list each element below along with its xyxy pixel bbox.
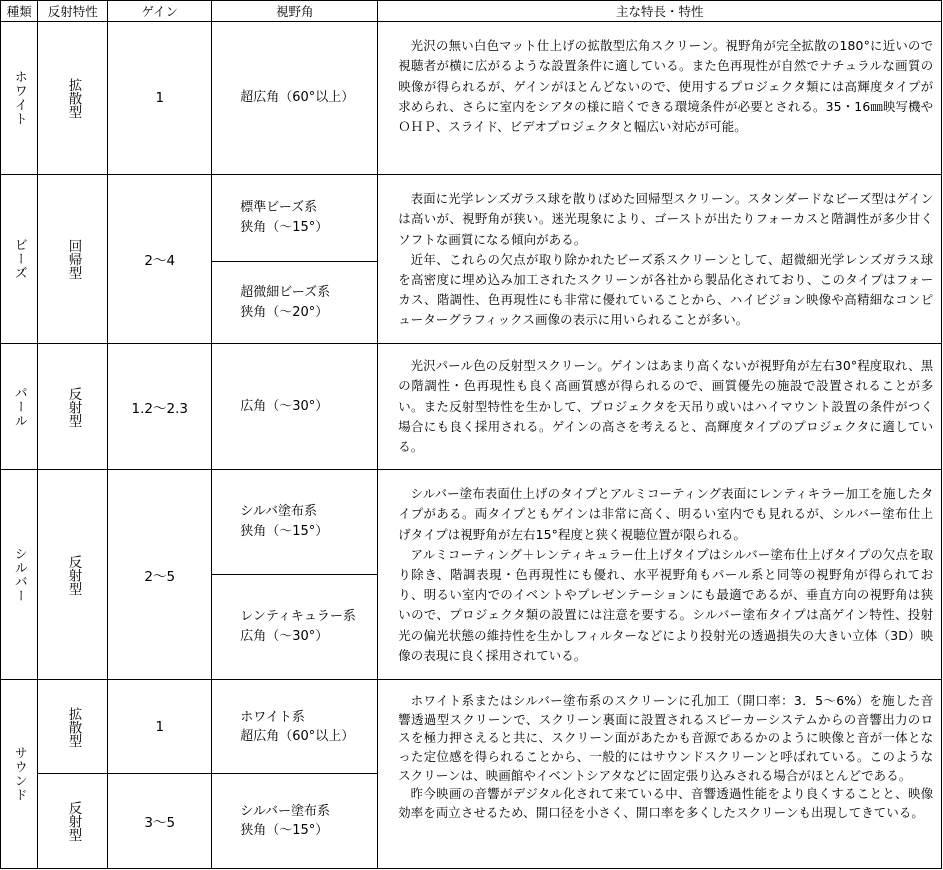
angle-line2: 超広角（60°以上） xyxy=(240,727,354,746)
angle-cell: 広角（〜30°） xyxy=(211,343,378,470)
reflection-label: 回帰型 xyxy=(66,239,80,280)
angle-line1: レンティキュラー系 xyxy=(240,607,356,627)
header-type-label: 種類 xyxy=(7,2,32,20)
reflection-label: 反射型 xyxy=(66,801,80,842)
angle-cell: レンティキュラー系広角（〜30°） xyxy=(211,574,378,680)
reflection-label: 反射型 xyxy=(66,555,80,596)
type-cell-sound: サウンド xyxy=(0,679,38,869)
gain-value: 1.2〜2.3 xyxy=(132,397,188,417)
reflection-cell: 反射型 xyxy=(37,773,108,869)
reflection-cell: 拡散型 xyxy=(37,679,108,774)
features-paragraph: 近年、これらの欠点が取り除かれたビーズ系スクリーンとして、超微細光学レンズガラス… xyxy=(398,250,933,331)
features-paragraph: シルバー塗布表面仕上げのタイプとアルミコーティング表面にレンティキラー加工を施し… xyxy=(398,484,933,545)
header-view-angle: 視野角 xyxy=(211,0,378,22)
reflection-label: 反射型 xyxy=(66,387,80,428)
reflection-cell: 回帰型 xyxy=(37,174,108,344)
angle-line1: シルバー塗布系 xyxy=(240,802,330,821)
features-cell: 表面に光学レンズガラス球を散りばめた回帰型スクリーン。スタンダードなビーズ型はゲ… xyxy=(377,174,942,344)
reflection-label: 拡散型 xyxy=(66,78,80,119)
angle-line2: 広角（〜30°） xyxy=(240,627,356,647)
header-reflection-label: 反射特性 xyxy=(48,2,98,20)
features-paragraph: ホワイト系またはシルバー塗布系のスクリーンに孔加工（開口率：3．5〜6%）を施し… xyxy=(398,692,933,785)
angle-line1: 広角（〜30°） xyxy=(240,397,328,417)
type-cell-white: ホワイト xyxy=(0,21,38,175)
features-paragraph: 昨今映画の音響がデジタル化されて来ている中、音響透過性能をより良くすることと、映… xyxy=(398,785,933,822)
features-paragraph: アルミコーティング＋レンティキュラー仕上げタイプはシルバー塗布仕上げタイプの欠点… xyxy=(398,545,933,666)
type-label: パール xyxy=(13,386,26,428)
angle-line1: 超広角（60°以上） xyxy=(240,88,354,108)
features-paragraph: 表面に光学レンズガラス球を散りばめた回帰型スクリーン。スタンダードなビーズ型はゲ… xyxy=(398,189,933,250)
gain-cell: 2〜5 xyxy=(107,469,212,680)
angle-cell: シルバ塗布系狭角（〜15°） xyxy=(211,469,378,575)
screen-types-table: 種類 反射特性 ゲイン 視野角 主な特長・特性 ホワイト 拡散型 1 超広角（6… xyxy=(0,0,943,870)
header-gain: ゲイン xyxy=(107,0,212,22)
reflection-cell: 反射型 xyxy=(37,469,108,680)
gain-cell: 1.2〜2.3 xyxy=(107,343,212,470)
features-paragraph: 光沢パール色の反射型スクリーン。ゲインはあまり高くないが視野角が左右30°程度取… xyxy=(398,356,933,457)
reflection-cell: 拡散型 xyxy=(37,21,108,175)
features-cell: シルバー塗布表面仕上げのタイプとアルミコーティング表面にレンティキラー加工を施し… xyxy=(377,469,942,680)
type-label: シルバー xyxy=(13,547,26,603)
features-cell: 光沢の無い白色マット仕上げの拡散型広角スクリーン。視野角が完全拡散の180°に近… xyxy=(377,21,942,175)
angle-line1: シルバ塗布系 xyxy=(240,502,328,522)
angle-cell: 超広角（60°以上） xyxy=(211,21,378,175)
header-reflection: 反射特性 xyxy=(37,0,108,22)
features-paragraph: 光沢の無い白色マット仕上げの拡散型広角スクリーン。視野角が完全拡散の180°に近… xyxy=(398,36,933,137)
header-features: 主な特長・特性 xyxy=(377,0,942,22)
gain-value: 2〜5 xyxy=(144,565,175,585)
gain-cell: 3〜5 xyxy=(107,773,212,869)
reflection-cell: 反射型 xyxy=(37,343,108,470)
type-cell-pearl: パール xyxy=(0,343,38,470)
gain-value: 1 xyxy=(155,719,164,735)
type-label: ビーズ xyxy=(13,238,26,280)
type-label: サウンド xyxy=(13,746,26,802)
header-type: 種類 xyxy=(0,0,38,22)
angle-line1: ホワイト系 xyxy=(240,708,354,727)
angle-line2: 狭角（〜20°） xyxy=(240,303,330,323)
header-view-angle-label: 視野角 xyxy=(276,2,314,20)
features-cell: 光沢パール色の反射型スクリーン。ゲインはあまり高くないが視野角が左右30°程度取… xyxy=(377,343,942,470)
gain-value: 1 xyxy=(155,90,164,106)
angle-line2: 狭角（〜15°） xyxy=(240,821,330,840)
angle-cell: ホワイト系超広角（60°以上） xyxy=(211,679,378,774)
angle-cell: 超微細ビーズ系狭角（〜20°） xyxy=(211,261,378,344)
features-cell: ホワイト系またはシルバー塗布系のスクリーンに孔加工（開口率：3．5〜6%）を施し… xyxy=(377,679,942,869)
angle-cell: 標準ビーズ系狭角（〜15°） xyxy=(211,174,378,262)
type-cell-silver: シルバー xyxy=(0,469,38,680)
angle-line2: 狭角（〜15°） xyxy=(240,522,328,542)
gain-value: 2〜4 xyxy=(144,249,175,269)
angle-cell: シルバー塗布系狭角（〜15°） xyxy=(211,773,378,869)
type-label: ホワイト xyxy=(13,70,26,126)
angle-line2: 狭角（〜15°） xyxy=(240,218,328,238)
gain-cell: 2〜4 xyxy=(107,174,212,344)
angle-line1: 標準ビーズ系 xyxy=(240,198,328,218)
header-features-label: 主な特長・特性 xyxy=(616,2,704,20)
header-gain-label: ゲイン xyxy=(141,2,178,20)
reflection-label: 拡散型 xyxy=(66,707,80,748)
gain-value: 3〜5 xyxy=(144,811,175,831)
type-cell-beads: ビーズ xyxy=(0,174,38,344)
gain-cell: 1 xyxy=(107,679,212,774)
gain-cell: 1 xyxy=(107,21,212,175)
angle-line1: 超微細ビーズ系 xyxy=(240,283,330,303)
